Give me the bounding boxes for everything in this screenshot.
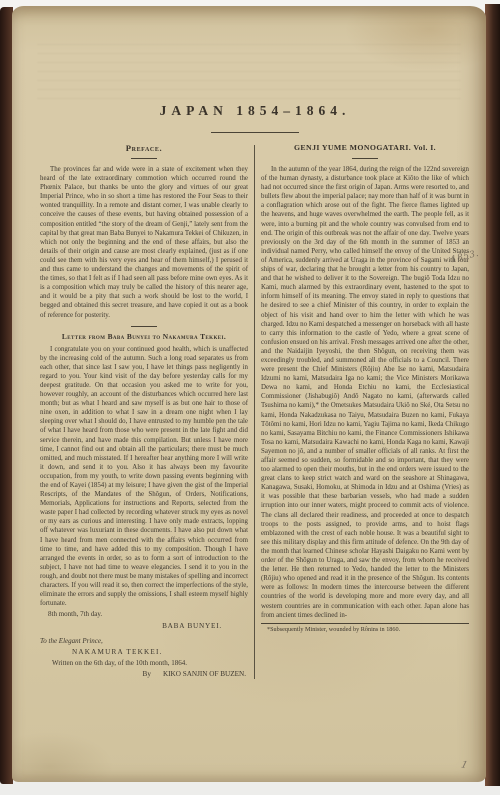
book-cover-right-edge xyxy=(485,4,500,786)
letter-heading: Letter from Baba Bunyei to Nakamura Tekk… xyxy=(40,332,248,341)
page-title: JAPAN 1854–1864. xyxy=(40,103,470,119)
written-line: Written on the 6th day, of the 10th mont… xyxy=(40,659,248,668)
preface-paragraph: The provinces far and wide were in a sta… xyxy=(40,165,248,320)
addressee-name: NAKAMURA TEKKEI. xyxy=(40,648,248,657)
genji-heading: GENJI YUME MONOGATARI. Vol. I. xyxy=(261,143,469,153)
photo-background: JAPAN 1854–1864. Preface. The provinces … xyxy=(0,0,500,795)
genji-heading-rule xyxy=(352,158,378,159)
by-name: KIKO SANJIN OF BUZEN. xyxy=(163,670,246,678)
letter-paragraph: I congratulate you on your continued goo… xyxy=(40,345,248,609)
page-content: JAPAN 1854–1864. Preface. The provinces … xyxy=(12,6,486,679)
column-divider-rule xyxy=(254,145,255,679)
letter-dateline: 8th month, 7th day. xyxy=(40,610,248,619)
genji-heading-vol: Vol. I. xyxy=(413,143,436,152)
preface-heading: Preface. xyxy=(40,143,248,153)
genji-body: In the autumn of the year 1864, during t… xyxy=(261,165,469,620)
by-label: By xyxy=(143,670,151,678)
two-column-layout: Preface. The provinces far and wide were… xyxy=(40,143,470,679)
addressee-intro: To the Elegant Prince, xyxy=(40,637,248,646)
preface-column: Preface. The provinces far and wide were… xyxy=(40,143,248,679)
preface-heading-rule xyxy=(131,158,157,159)
byline: ByKIKO SANJIN OF BUZEN. xyxy=(40,670,248,679)
genji-heading-title: GENJI YUME MONOGATARI. xyxy=(294,143,411,152)
footnote: *Subsequently Minister, wounded by Rônin… xyxy=(261,624,469,634)
book-page: JAPAN 1854–1864. Preface. The provinces … xyxy=(12,6,486,782)
section-divider-rule xyxy=(131,326,157,327)
genji-column: GENJI YUME MONOGATARI. Vol. I. In the au… xyxy=(261,143,469,679)
letter-signature: BABA BUNYEI. xyxy=(40,622,248,631)
title-rule xyxy=(211,132,299,133)
